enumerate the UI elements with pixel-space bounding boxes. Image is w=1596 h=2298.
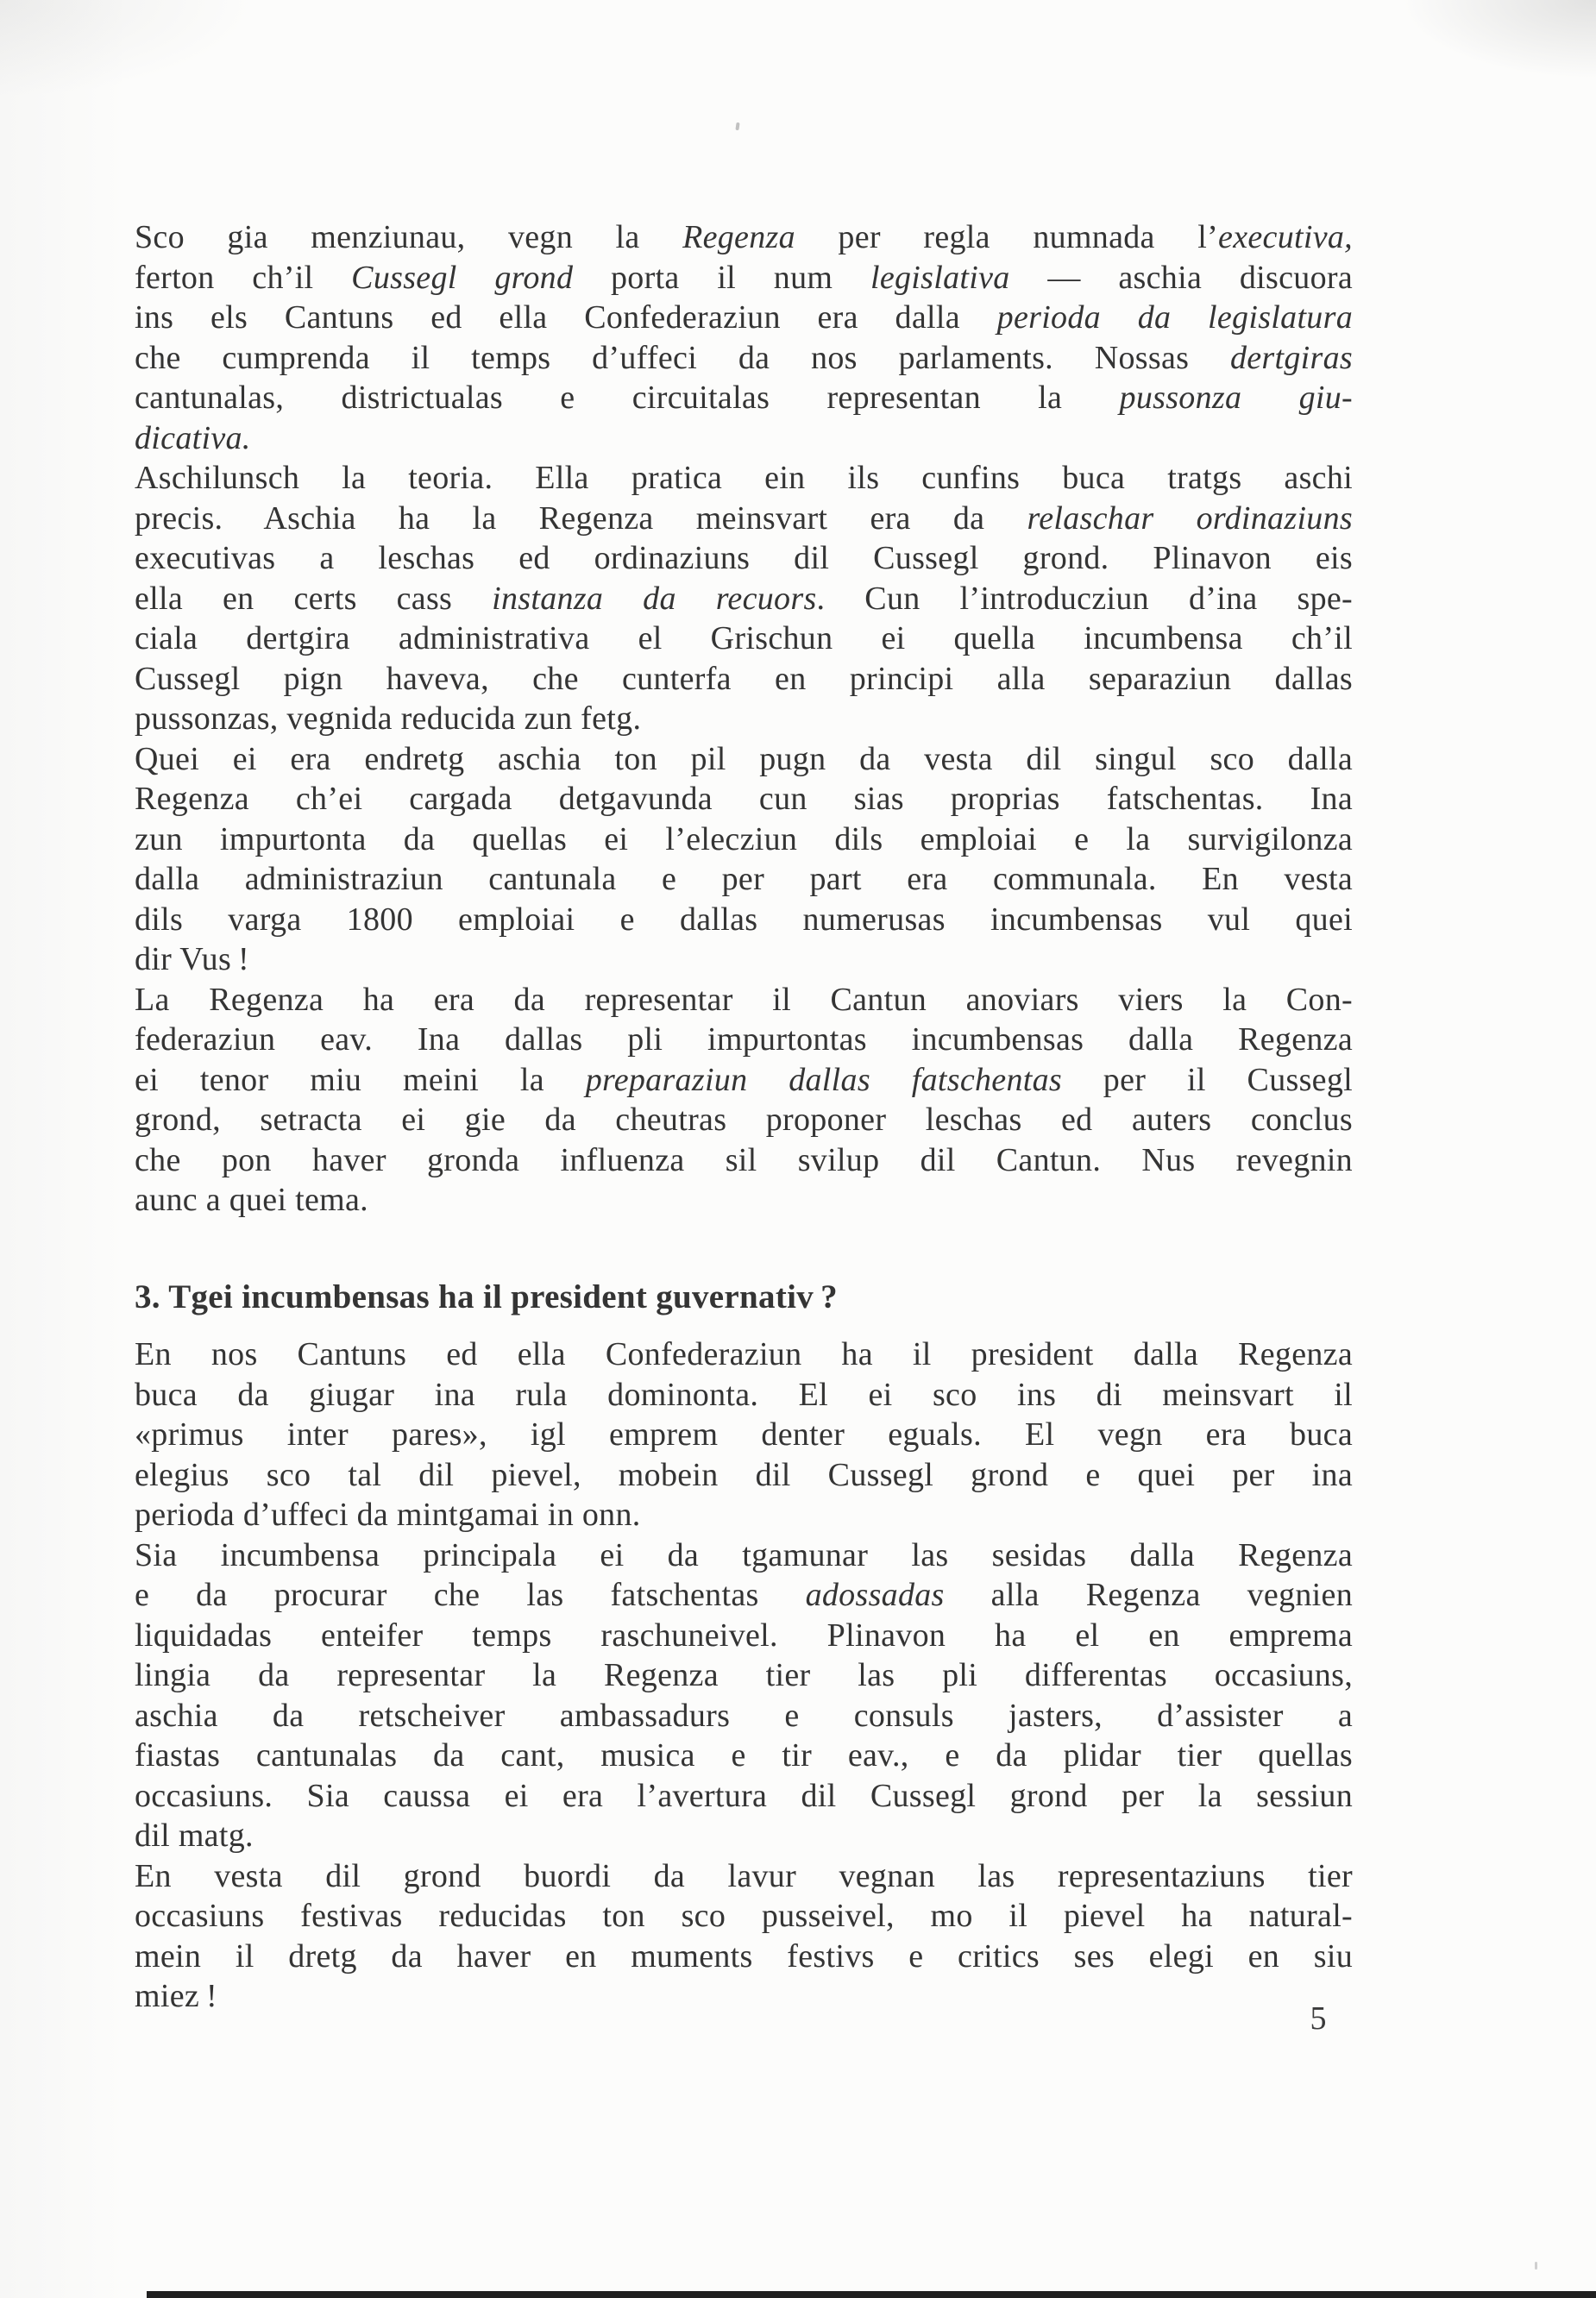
text-line: lingia da representar la Regenza tier la…	[135, 1655, 1353, 1696]
text-run: federaziun eav. Ina dallas pli impurtont…	[135, 1021, 1353, 1058]
text-line: ei tenor miu meini la preparaziun dallas…	[135, 1060, 1353, 1101]
text-line: e da procurar che las fatschentas adossa…	[135, 1575, 1353, 1616]
heading-line: 3. Tgei incumbensas ha il president guve…	[135, 1278, 1353, 1318]
text-run: precis. Aschia ha la Regenza meinsvart e…	[135, 500, 1027, 537]
text-run: ferton ch’il	[135, 260, 351, 296]
text-run: zun impurtonta da quellas ei l’elecziun …	[135, 821, 1353, 857]
text-run: Cussegl grond	[351, 260, 573, 296]
text-column: Sco gia menziunau, vegn la Regenza per r…	[135, 217, 1353, 2017]
text-run: executivas a leschas ed ordinaziuns dil …	[135, 540, 1353, 576]
text-run: Quei ei era endretg aschia ton pil pugn …	[135, 741, 1353, 777]
text-line: En nos Cantuns ed ella Confederaziun ha …	[135, 1334, 1353, 1375]
text-line: La Regenza ha era da representar il Cant…	[135, 980, 1353, 1020]
text-run: lingia da representar la Regenza tier la…	[135, 1657, 1353, 1693]
scan-speck	[735, 122, 739, 130]
text-run: perioda da legislatura	[997, 299, 1353, 336]
text-line: elegius sco tal dil pievel, mobein dil C…	[135, 1455, 1353, 1496]
text-line: Aschilunsch la teoria. Ella pratica ein …	[135, 458, 1353, 499]
text-line: che pon haver gronda influenza sil svilu…	[135, 1140, 1353, 1181]
text-run: e da procurar che las fatschentas	[135, 1577, 806, 1613]
text-line: mein il dretg da haver en muments festiv…	[135, 1937, 1353, 1977]
text-run: dicativa.	[135, 420, 251, 456]
paragraph: Quei ei era endretg aschia ton pil pugn …	[135, 739, 1353, 980]
text-run: grond, setracta ei gie da cheutras propo…	[135, 1102, 1353, 1138]
text-run: legislativa	[870, 260, 1010, 296]
text-line: grond, setracta ei gie da cheutras propo…	[135, 1100, 1353, 1140]
text-line: Quei ei era endretg aschia ton pil pugn …	[135, 739, 1353, 780]
text-line: «primus inter pares», igl emprem denter …	[135, 1415, 1353, 1455]
text-run: executiva,	[1218, 219, 1353, 255]
text-run: pussonzas, vegnida reducida zun fetg.	[135, 700, 641, 737]
text-run: Sia incumbensa principala ei da tgamunar…	[135, 1537, 1353, 1573]
text-run: occasiuns festivas reducidas ton sco pus…	[135, 1898, 1353, 1934]
text-line: occasiuns festivas reducidas ton sco pus…	[135, 1896, 1353, 1937]
text-run: pussonza giu-	[1120, 380, 1353, 416]
text-line: perioda d’uffeci da mintgamai in onn.	[135, 1495, 1353, 1535]
text-run: dalla administraziun cantunala e per par…	[135, 861, 1353, 897]
paragraph: Sia incumbensa principala ei da tgamunar…	[135, 1535, 1353, 1856]
scan-edge-bar	[147, 2291, 1596, 2298]
text-line: dalla administraziun cantunala e per par…	[135, 859, 1353, 900]
text-run: dir Vus !	[135, 941, 249, 977]
text-run: cantunalas, districtualas e circuitalas …	[135, 380, 1120, 416]
text-run: ei tenor miu meini la	[135, 1062, 586, 1098]
text-line: ferton ch’il Cussegl grond porta il num …	[135, 258, 1353, 298]
text-run: mein il dretg da haver en muments festiv…	[135, 1938, 1353, 1975]
text-run: «primus inter pares», igl emprem denter …	[135, 1416, 1353, 1453]
text-run: Regenza	[682, 219, 795, 255]
text-line: miez !	[135, 1976, 1353, 2017]
paragraph: Sco gia menziunau, vegn la Regenza per r…	[135, 217, 1353, 458]
text-line: Regenza ch’ei cargada detgavunda cun sia…	[135, 779, 1353, 819]
text-run: alla Regenza vegnien	[945, 1577, 1353, 1613]
text-run: En vesta dil grond buordi da lavur vegna…	[135, 1858, 1353, 1894]
text-run: preparaziun dallas fatschentas	[586, 1062, 1062, 1098]
text-line: dir Vus !	[135, 939, 1353, 980]
text-run: relaschar ordinaziuns	[1027, 500, 1353, 537]
text-run: aunc a quei tema.	[135, 1182, 368, 1218]
text-run: instanza da recuors	[492, 581, 816, 617]
text-run: 3. Tgei incumbensas ha il president guve…	[135, 1278, 838, 1315]
text-run: per il Cussegl	[1062, 1062, 1353, 1098]
text-line: che cumprenda il temps d’uffeci da nos p…	[135, 338, 1353, 379]
text-run: che cumprenda il temps d’uffeci da nos p…	[135, 340, 1230, 376]
text-line: buca da giugar ina rula dominonta. El ei…	[135, 1375, 1353, 1416]
text-line: cantunalas, districtualas e circuitalas …	[135, 378, 1353, 418]
section-heading: 3. Tgei incumbensas ha il president guve…	[135, 1278, 1353, 1318]
document-page: Sco gia menziunau, vegn la Regenza per r…	[0, 0, 1596, 2298]
page-number: 5	[1292, 2000, 1344, 2037]
text-run: La Regenza ha era da representar il Cant…	[135, 982, 1353, 1018]
paragraph: En vesta dil grond buordi da lavur vegna…	[135, 1856, 1353, 2017]
text-run: . Cun l’introducziun d’ina spe-	[817, 581, 1353, 617]
text-run: per regla numnada l’	[795, 219, 1218, 255]
text-line: Sia incumbensa principala ei da tgamunar…	[135, 1535, 1353, 1576]
text-run: Cussegl pign haveva, che cunterfa en pri…	[135, 661, 1353, 697]
paragraph: En nos Cantuns ed ella Confederaziun ha …	[135, 1334, 1353, 1535]
text-line: zun impurtonta da quellas ei l’elecziun …	[135, 819, 1353, 860]
text-run: Sco gia menziunau, vegn la	[135, 219, 682, 255]
text-line: federaziun eav. Ina dallas pli impurtont…	[135, 1020, 1353, 1060]
text-line: dils varga 1800 emploiai e dallas numeru…	[135, 900, 1353, 940]
scan-speck	[1535, 2262, 1537, 2270]
text-run: elegius sco tal dil pievel, mobein dil C…	[135, 1457, 1353, 1493]
text-line: ins els Cantuns ed ella Confederaziun er…	[135, 298, 1353, 338]
text-run: Regenza ch’ei cargada detgavunda cun sia…	[135, 781, 1353, 817]
text-run: adossadas	[806, 1577, 945, 1613]
text-run: ella en certs cass	[135, 581, 492, 617]
text-line: pussonzas, vegnida reducida zun fetg.	[135, 699, 1353, 739]
text-run: buca da giugar ina rula dominonta. El ei…	[135, 1377, 1353, 1413]
text-run: dils varga 1800 emploiai e dallas numeru…	[135, 901, 1353, 938]
text-run: perioda d’uffeci da mintgamai in onn.	[135, 1497, 641, 1533]
text-run: En nos Cantuns ed ella Confederaziun ha …	[135, 1336, 1353, 1372]
text-run: fiastas cantunalas da cant, musica e tir…	[135, 1737, 1353, 1774]
text-run: aschia da retscheiver ambassadurs e cons…	[135, 1698, 1353, 1734]
paragraph: La Regenza ha era da representar il Cant…	[135, 980, 1353, 1221]
text-line: Sco gia menziunau, vegn la Regenza per r…	[135, 217, 1353, 258]
text-line: aunc a quei tema.	[135, 1180, 1353, 1221]
text-run: dil matg.	[135, 1818, 254, 1854]
text-run: miez !	[135, 1978, 217, 2014]
text-line: liquidadas enteifer temps raschuneivel. …	[135, 1616, 1353, 1656]
text-line: fiastas cantunalas da cant, musica e tir…	[135, 1736, 1353, 1776]
text-run: ins els Cantuns ed ella Confederaziun er…	[135, 299, 997, 336]
text-run: — aschia discuora	[1010, 260, 1353, 296]
text-line: ella en certs cass instanza da recuors. …	[135, 579, 1353, 619]
text-run: dertgiras	[1230, 340, 1353, 376]
text-line: executivas a leschas ed ordinaziuns dil …	[135, 538, 1353, 579]
text-run: ciala dertgira administrativa el Grischu…	[135, 620, 1353, 656]
text-line: ciala dertgira administrativa el Grischu…	[135, 618, 1353, 659]
text-run: liquidadas enteifer temps raschuneivel. …	[135, 1617, 1353, 1654]
text-line: precis. Aschia ha la Regenza meinsvart e…	[135, 499, 1353, 539]
text-line: aschia da retscheiver ambassadurs e cons…	[135, 1696, 1353, 1736]
text-line: dil matg.	[135, 1816, 1353, 1856]
text-run: porta il num	[573, 260, 870, 296]
text-run: occasiuns. Sia caussa ei era l’avertura …	[135, 1778, 1353, 1814]
text-run: Aschilunsch la teoria. Ella pratica ein …	[135, 460, 1353, 496]
text-line: dicativa.	[135, 418, 1353, 459]
text-line: En vesta dil grond buordi da lavur vegna…	[135, 1856, 1353, 1897]
text-line: Cussegl pign haveva, che cunterfa en pri…	[135, 659, 1353, 700]
text-line: occasiuns. Sia caussa ei era l’avertura …	[135, 1776, 1353, 1817]
paragraph: Aschilunsch la teoria. Ella pratica ein …	[135, 458, 1353, 739]
text-run: che pon haver gronda influenza sil svilu…	[135, 1142, 1353, 1178]
